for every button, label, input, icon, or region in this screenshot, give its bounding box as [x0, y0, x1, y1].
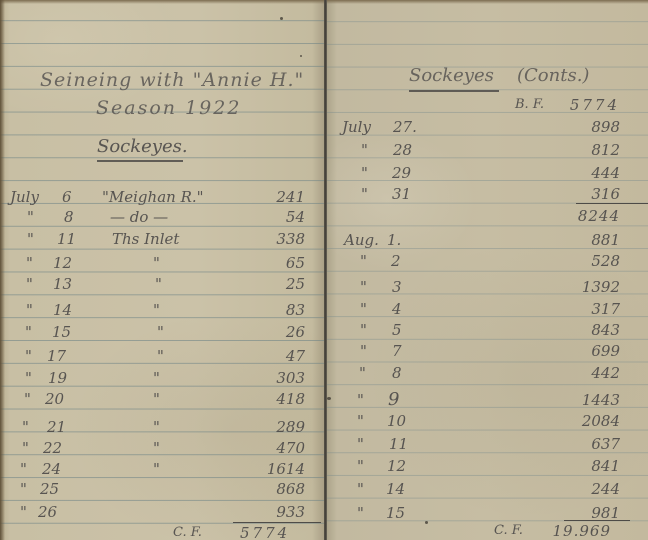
month: " — [22, 439, 29, 457]
month: " — [24, 390, 31, 408]
title-line-2: Season 1922 — [96, 96, 241, 120]
day: 2 — [391, 252, 401, 270]
paper-speck — [327, 397, 331, 400]
day: 9 — [388, 391, 399, 409]
month: " — [360, 342, 367, 360]
count: 812 — [591, 141, 620, 159]
day: 12 — [53, 254, 72, 272]
location: Ths Inlet — [112, 230, 179, 248]
location: — do — — [110, 208, 168, 226]
count: 47 — [286, 347, 305, 365]
ledger-row: " 11 Ths Inlet 338 — [0, 230, 325, 248]
ledger-row: " 8 — do — 54 — [0, 208, 325, 226]
month: " — [357, 504, 364, 522]
heading-underline — [97, 160, 183, 162]
section-heading: Sockeyes. — [97, 136, 188, 158]
month: " — [357, 412, 364, 430]
month: " — [357, 435, 364, 453]
count: 898 — [591, 118, 620, 136]
ledger-row: " 8 442 — [327, 364, 648, 382]
count: 289 — [276, 418, 305, 436]
location: " — [153, 418, 160, 436]
day: 19 — [48, 369, 67, 387]
day: 17 — [47, 347, 66, 365]
count: 1443 — [582, 391, 620, 409]
day: 5 — [392, 321, 402, 339]
ledger-row: " 3 1392 — [327, 278, 648, 296]
count: 317 — [591, 300, 620, 318]
location: "Meighan R." — [102, 188, 204, 206]
location: " — [155, 275, 162, 293]
month: " — [26, 301, 33, 319]
ledger-row: Aug. 1. 881 — [327, 231, 648, 249]
location: " — [157, 347, 164, 365]
month: " — [360, 300, 367, 318]
count: 1614 — [267, 460, 305, 478]
month: " — [360, 278, 367, 296]
ledger-row: " 26 933 — [0, 503, 325, 521]
carried-forward-total: 19.969 — [553, 522, 612, 540]
left-page: Seineing with "Annie H." Season 1922 Soc… — [0, 0, 325, 540]
carried-forward-row: C. F. 19.969 — [327, 522, 648, 540]
month: " — [22, 418, 29, 436]
ledger-row: " 29 444 — [327, 164, 648, 182]
day: 6 — [62, 188, 72, 206]
day: 11 — [389, 435, 408, 453]
count: 868 — [276, 480, 305, 498]
ledger-row: " 7 699 — [327, 342, 648, 360]
brought-forward-total: 5774 — [570, 96, 620, 114]
count: 54 — [286, 208, 305, 226]
section-heading-suffix: (Conts.) — [517, 64, 589, 88]
month: " — [360, 321, 367, 339]
month: Aug. — [344, 231, 379, 249]
day: 28 — [393, 141, 412, 159]
day: 14 — [386, 480, 405, 498]
day: 13 — [53, 275, 72, 293]
ledger-row: " 19 " 303 — [0, 369, 325, 387]
month: " — [27, 208, 34, 226]
location: " — [157, 323, 164, 341]
count: 25 — [286, 275, 305, 293]
day: 31 — [392, 185, 411, 203]
ledger-row: " 12 841 — [327, 457, 648, 475]
month: " — [25, 347, 32, 365]
ledger-row: " 24 " 1614 — [0, 460, 325, 478]
count: 843 — [591, 321, 620, 339]
title-line-1: Seineing with "Annie H." — [40, 68, 304, 92]
count: 444 — [591, 164, 620, 182]
paper-speck — [280, 17, 283, 20]
month: " — [357, 457, 364, 475]
day: 3 — [392, 278, 402, 296]
month: " — [359, 364, 366, 382]
sum-line — [576, 203, 648, 204]
location: " — [153, 369, 160, 387]
month: " — [20, 503, 27, 521]
count: 83 — [286, 301, 305, 319]
count: 338 — [276, 230, 305, 248]
count: 65 — [286, 254, 305, 272]
month: " — [361, 164, 368, 182]
location: " — [153, 460, 160, 478]
day: 24 — [42, 460, 61, 478]
day: 11 — [57, 230, 76, 248]
brought-forward-row: B. F. 5774 — [327, 96, 648, 114]
subtotal: 8244 — [578, 207, 620, 225]
location: " — [153, 301, 160, 319]
month: " — [27, 230, 34, 248]
brought-forward-label: B. F. — [515, 96, 544, 114]
count: 316 — [591, 185, 620, 203]
day: 20 — [45, 390, 64, 408]
month: " — [20, 460, 27, 478]
location: " — [153, 390, 160, 408]
count: 303 — [276, 369, 305, 387]
ledger-row: " 14 " 83 — [0, 301, 325, 319]
day: 14 — [53, 301, 72, 319]
day: 12 — [387, 457, 406, 475]
ledger-row: " 17 " 47 — [0, 347, 325, 365]
count: 442 — [591, 364, 620, 382]
month: " — [361, 141, 368, 159]
day: 7 — [392, 342, 402, 360]
ledger-row: July 6 "Meighan R." 241 — [0, 188, 325, 206]
day: 1. — [387, 231, 401, 249]
count: 26 — [286, 323, 305, 341]
day: 15 — [386, 504, 405, 522]
month: " — [26, 275, 33, 293]
location: " — [153, 439, 160, 457]
month: July — [342, 118, 371, 136]
ledger-row: " 5 843 — [327, 321, 648, 339]
ledger-row: " 11 637 — [327, 435, 648, 453]
count: 841 — [591, 457, 620, 475]
day: 26 — [38, 503, 57, 521]
count: 637 — [591, 435, 620, 453]
month: " — [26, 254, 33, 272]
count: 881 — [591, 231, 620, 249]
count: 241 — [276, 188, 305, 206]
count: 2084 — [582, 412, 620, 430]
day: 4 — [392, 300, 402, 318]
day: 10 — [387, 412, 406, 430]
month: " — [25, 369, 32, 387]
ledger-row: July 27. 898 — [327, 118, 648, 136]
ledger-row: " 2 528 — [327, 252, 648, 270]
count: 528 — [591, 252, 620, 270]
month: " — [360, 252, 367, 270]
ledger-row: " 20 " 418 — [0, 390, 325, 408]
ledger-row: " 25 868 — [0, 480, 325, 498]
day: 27. — [393, 118, 417, 136]
carried-forward-label: C. F. — [173, 524, 202, 540]
section-heading: Sockeyes — [409, 64, 494, 88]
carried-forward-label: C. F. — [494, 522, 523, 540]
ledger-row: " 21 " 289 — [0, 418, 325, 436]
paper-speck — [425, 521, 428, 524]
right-page: Sockeyes (Conts.) B. F. 5774 July 27. 89… — [327, 0, 648, 540]
month: " — [357, 391, 364, 409]
month: " — [357, 480, 364, 498]
subtotal-row: 8244 — [327, 207, 648, 225]
month: " — [20, 480, 27, 498]
count: 418 — [276, 390, 305, 408]
ledger-row: " 31 316 — [327, 185, 648, 203]
carried-forward-total: 5774 — [240, 524, 290, 540]
count: 470 — [276, 439, 305, 457]
page-top-edge — [0, 0, 325, 4]
day: 8 — [392, 364, 402, 382]
ledger-row: " 13 " 25 — [0, 275, 325, 293]
ledger-row: " 10 2084 — [327, 412, 648, 430]
ledger-row: " 12 " 65 — [0, 254, 325, 272]
count: 933 — [276, 503, 305, 521]
page-top-edge — [327, 0, 648, 4]
location: " — [153, 254, 160, 272]
day: 8 — [64, 208, 74, 226]
ledger-row: " 22 " 470 — [0, 439, 325, 457]
count: 699 — [591, 342, 620, 360]
day: 15 — [52, 323, 71, 341]
ledger-row: " 28 812 — [327, 141, 648, 159]
paper-speck — [300, 55, 302, 57]
ledger-row: " 9 1443 — [327, 391, 648, 409]
carried-forward-row: C. F. 5774 — [0, 524, 325, 540]
month: " — [361, 185, 368, 203]
day: 22 — [43, 439, 62, 457]
count: 1392 — [582, 278, 620, 296]
day: 29 — [392, 164, 411, 182]
ledger-row: " 4 317 — [327, 300, 648, 318]
day: 21 — [47, 418, 66, 436]
month: " — [25, 323, 32, 341]
ledger-row: " 14 244 — [327, 480, 648, 498]
month: July — [10, 188, 39, 206]
day: 25 — [40, 480, 59, 498]
count: 244 — [591, 480, 620, 498]
heading-underline — [409, 90, 499, 92]
ledger-row: " 15 " 26 — [0, 323, 325, 341]
